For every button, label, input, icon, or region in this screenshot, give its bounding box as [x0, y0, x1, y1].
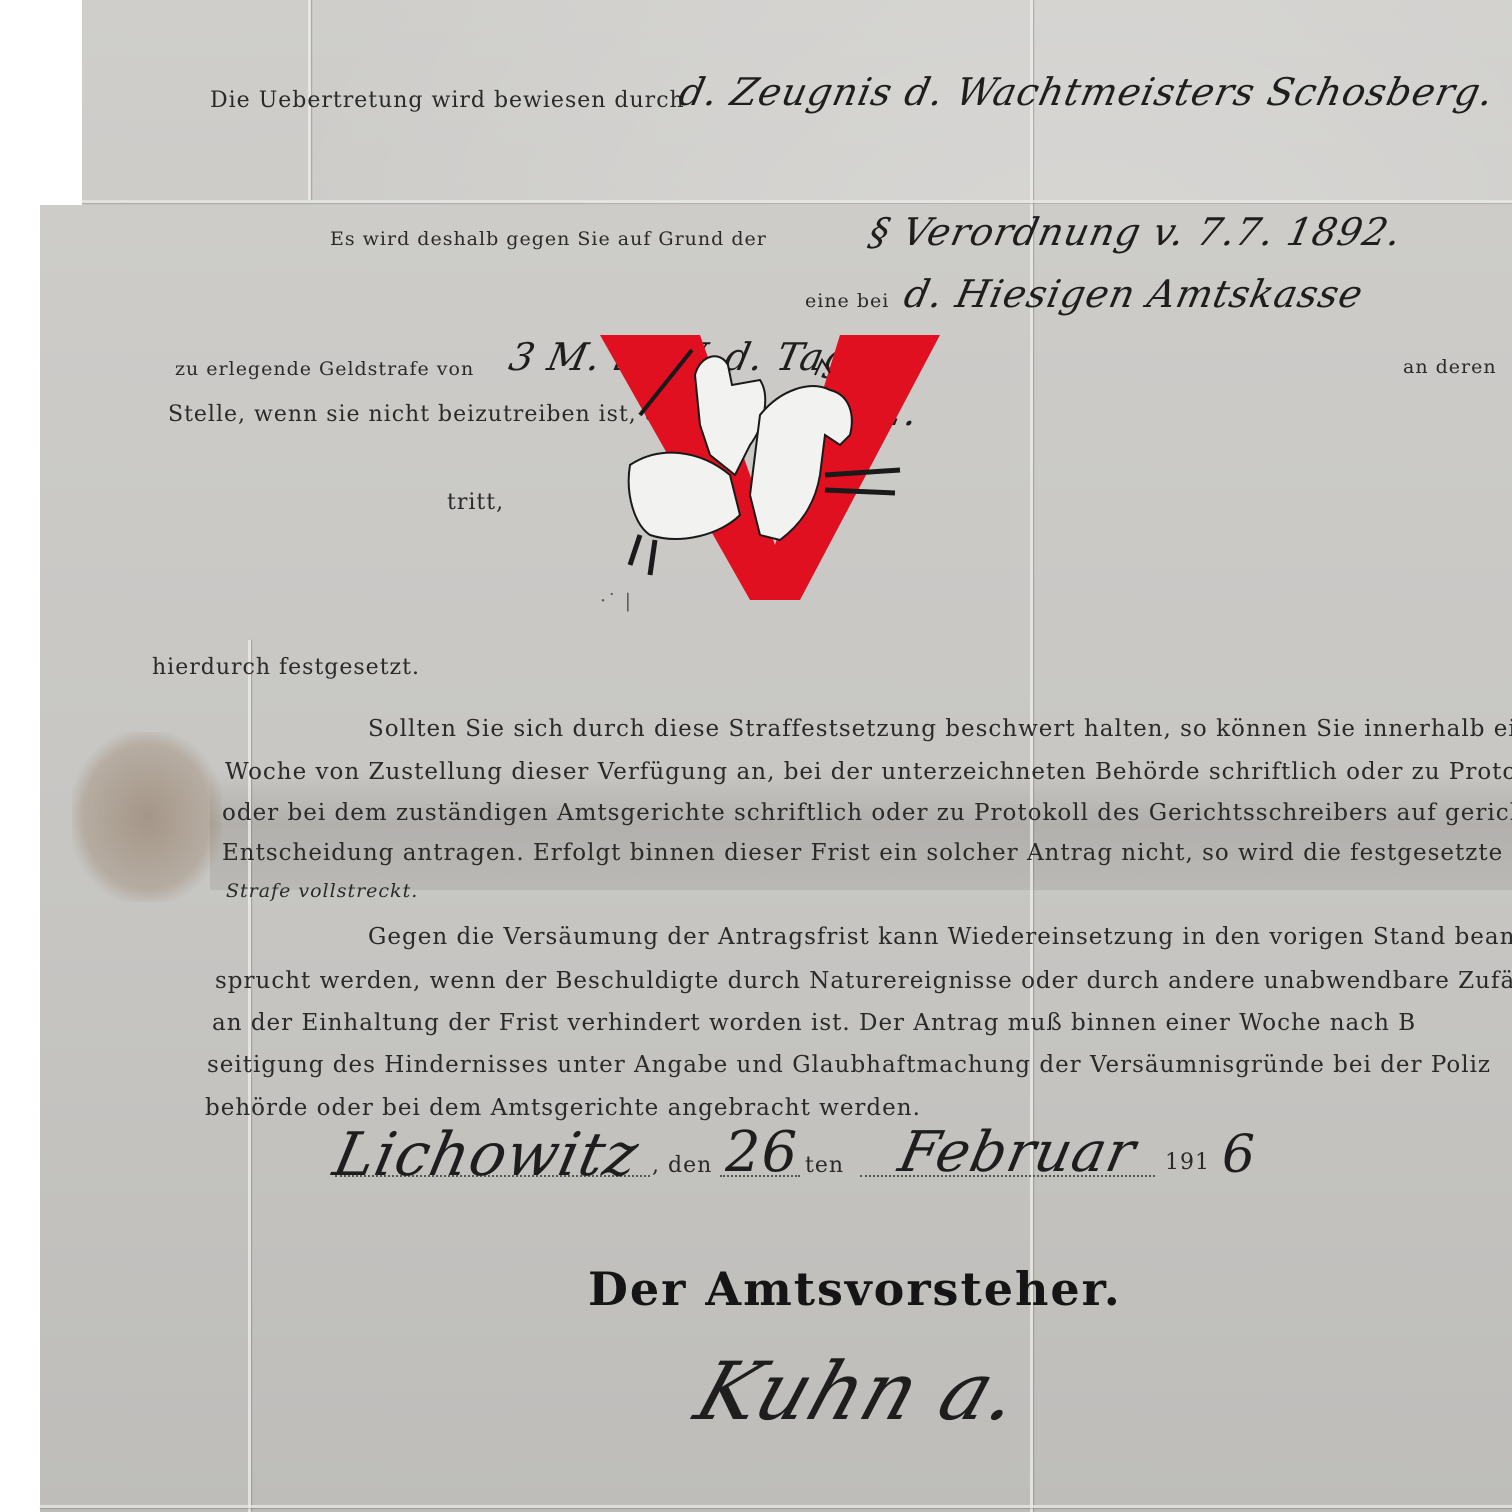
- payable-label: eine bei: [805, 290, 889, 312]
- appeal-line-5: Strafe vollstreckt.: [226, 880, 418, 902]
- appeal-line-3: oder bei dem zuständigen Amtsgerichte sc…: [222, 800, 1512, 826]
- year-printed: 191: [1165, 1150, 1210, 1175]
- den-label: , den: [652, 1153, 712, 1178]
- reinstatement-line-3: an der Einhaltung der Frist verhindert w…: [212, 1010, 1416, 1036]
- place-handwritten: Lichowitz: [328, 1120, 646, 1190]
- evidence-label: Die Uebertretung wird bewiesen durch: [210, 88, 685, 113]
- fine-label-right: an deren: [1403, 356, 1497, 378]
- year-handwritten: 6: [1222, 1125, 1256, 1185]
- ground-label: Es wird deshalb gegen Sie auf Grund der: [330, 228, 767, 250]
- set-label: hierdurch festgesetzt.: [152, 655, 420, 680]
- official-signature: Kuhn a.: [685, 1345, 1033, 1438]
- reinstatement-line-4: seitigung des Hindernisses unter Angabe …: [207, 1052, 1491, 1078]
- tritt-label: tritt,: [447, 490, 504, 515]
- fold-shadow-band: [210, 770, 1512, 890]
- v-knight-logo-icon: [600, 335, 940, 600]
- ground-handwritten: § Verordnung v. 7.7. 1892.: [865, 210, 1406, 254]
- reinstatement-line-1: Gegen die Versäumung der Antragsfrist ka…: [368, 924, 1512, 950]
- appeal-line-2: Woche von Zustellung dieser Verfügung an…: [225, 759, 1512, 785]
- month-handwritten: Februar: [893, 1120, 1142, 1185]
- crease-horizontal-top: [82, 200, 1512, 203]
- fine-label: zu erlegende Geldstrafe von: [175, 358, 474, 380]
- evidence-handwritten: d. Zeugnis d. Wachtmeisters Schosberg.: [675, 70, 1498, 114]
- reinstatement-line-2: sprucht werden, wenn der Beschuldigte du…: [215, 968, 1512, 994]
- day-handwritten: 26: [725, 1120, 798, 1185]
- substitute-label: Stelle, wenn sie nicht beizutreiben ist,…: [168, 402, 659, 427]
- ten-label: ten: [805, 1153, 844, 1178]
- official-title: Der Amtsvorsteher.: [588, 1262, 1122, 1316]
- paper-stain: [72, 732, 222, 902]
- payable-handwritten: d. Hiesigen Amtskasse: [900, 272, 1367, 316]
- appeal-line-1: Sollten Sie sich durch diese Straffestse…: [368, 716, 1512, 742]
- reinstatement-line-5: behörde oder bei dem Amtsgerichte angebr…: [205, 1095, 921, 1121]
- appeal-line-4: Entscheidung antragen. Erfolgt binnen di…: [222, 840, 1503, 866]
- crease-horizontal-bottom: [40, 1505, 1512, 1508]
